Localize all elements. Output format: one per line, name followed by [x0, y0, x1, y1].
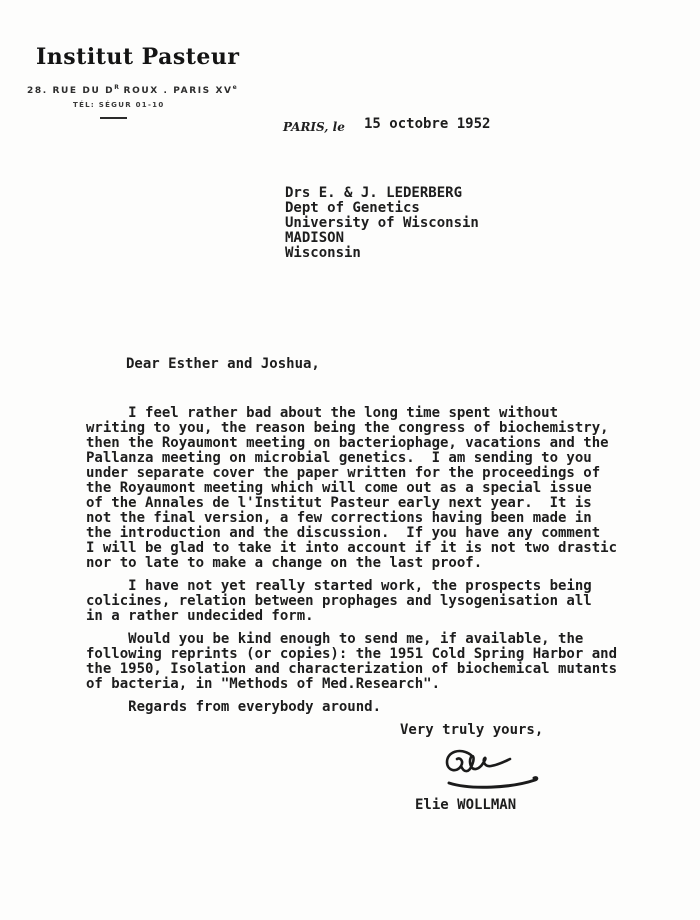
recipient-line: Dept of Genetics — [285, 201, 479, 216]
letter-page: Institut Pasteur 28. RUE DU DR ROUX . PA… — [0, 0, 700, 920]
letterhead-divider — [100, 117, 127, 119]
recipient-line: MADISON — [285, 231, 479, 246]
institution-address: 28. RUE DU DR ROUX . PARIS XVe — [27, 84, 237, 96]
letter-paragraph: I have not yet really started work, the … — [86, 579, 652, 624]
signed-name: Elie WOLLMAN — [86, 798, 652, 813]
closing-valediction: Very truly yours, — [86, 723, 652, 738]
recipient-address-block: Drs E. & J. LEDERBERG Dept of Genetics U… — [285, 186, 479, 261]
letter-date: 15 octobre 1952 — [364, 116, 490, 132]
handwritten-signature — [416, 742, 556, 794]
letter-paragraph: I feel rather bad about the long time sp… — [86, 406, 652, 571]
recipient-line: Wisconsin — [285, 246, 479, 261]
letter-paragraph: Would you be kind enough to send me, if … — [86, 632, 652, 692]
salutation: Dear Esther and Joshua, — [86, 357, 652, 372]
letter-body: Dear Esther and Joshua, I feel rather ba… — [86, 357, 652, 813]
letter-paragraph: Regards from everybody around. — [86, 700, 652, 715]
institution-address-text: 28. RUE DU D — [27, 86, 114, 96]
dateline-place-label: PARIS, le — [283, 120, 345, 134]
address-superscript-e: e — [233, 84, 237, 91]
institution-name: Institut Pasteur — [36, 44, 240, 70]
institution-address-text-mid: ROUX . PARIS XV — [119, 86, 233, 96]
institution-telephone: TÉL: SÉGUR 01-10 — [73, 101, 165, 109]
recipient-line: University of Wisconsin — [285, 216, 479, 231]
signature-scribble-icon — [416, 742, 556, 794]
recipient-line: Drs E. & J. LEDERBERG — [285, 186, 479, 201]
